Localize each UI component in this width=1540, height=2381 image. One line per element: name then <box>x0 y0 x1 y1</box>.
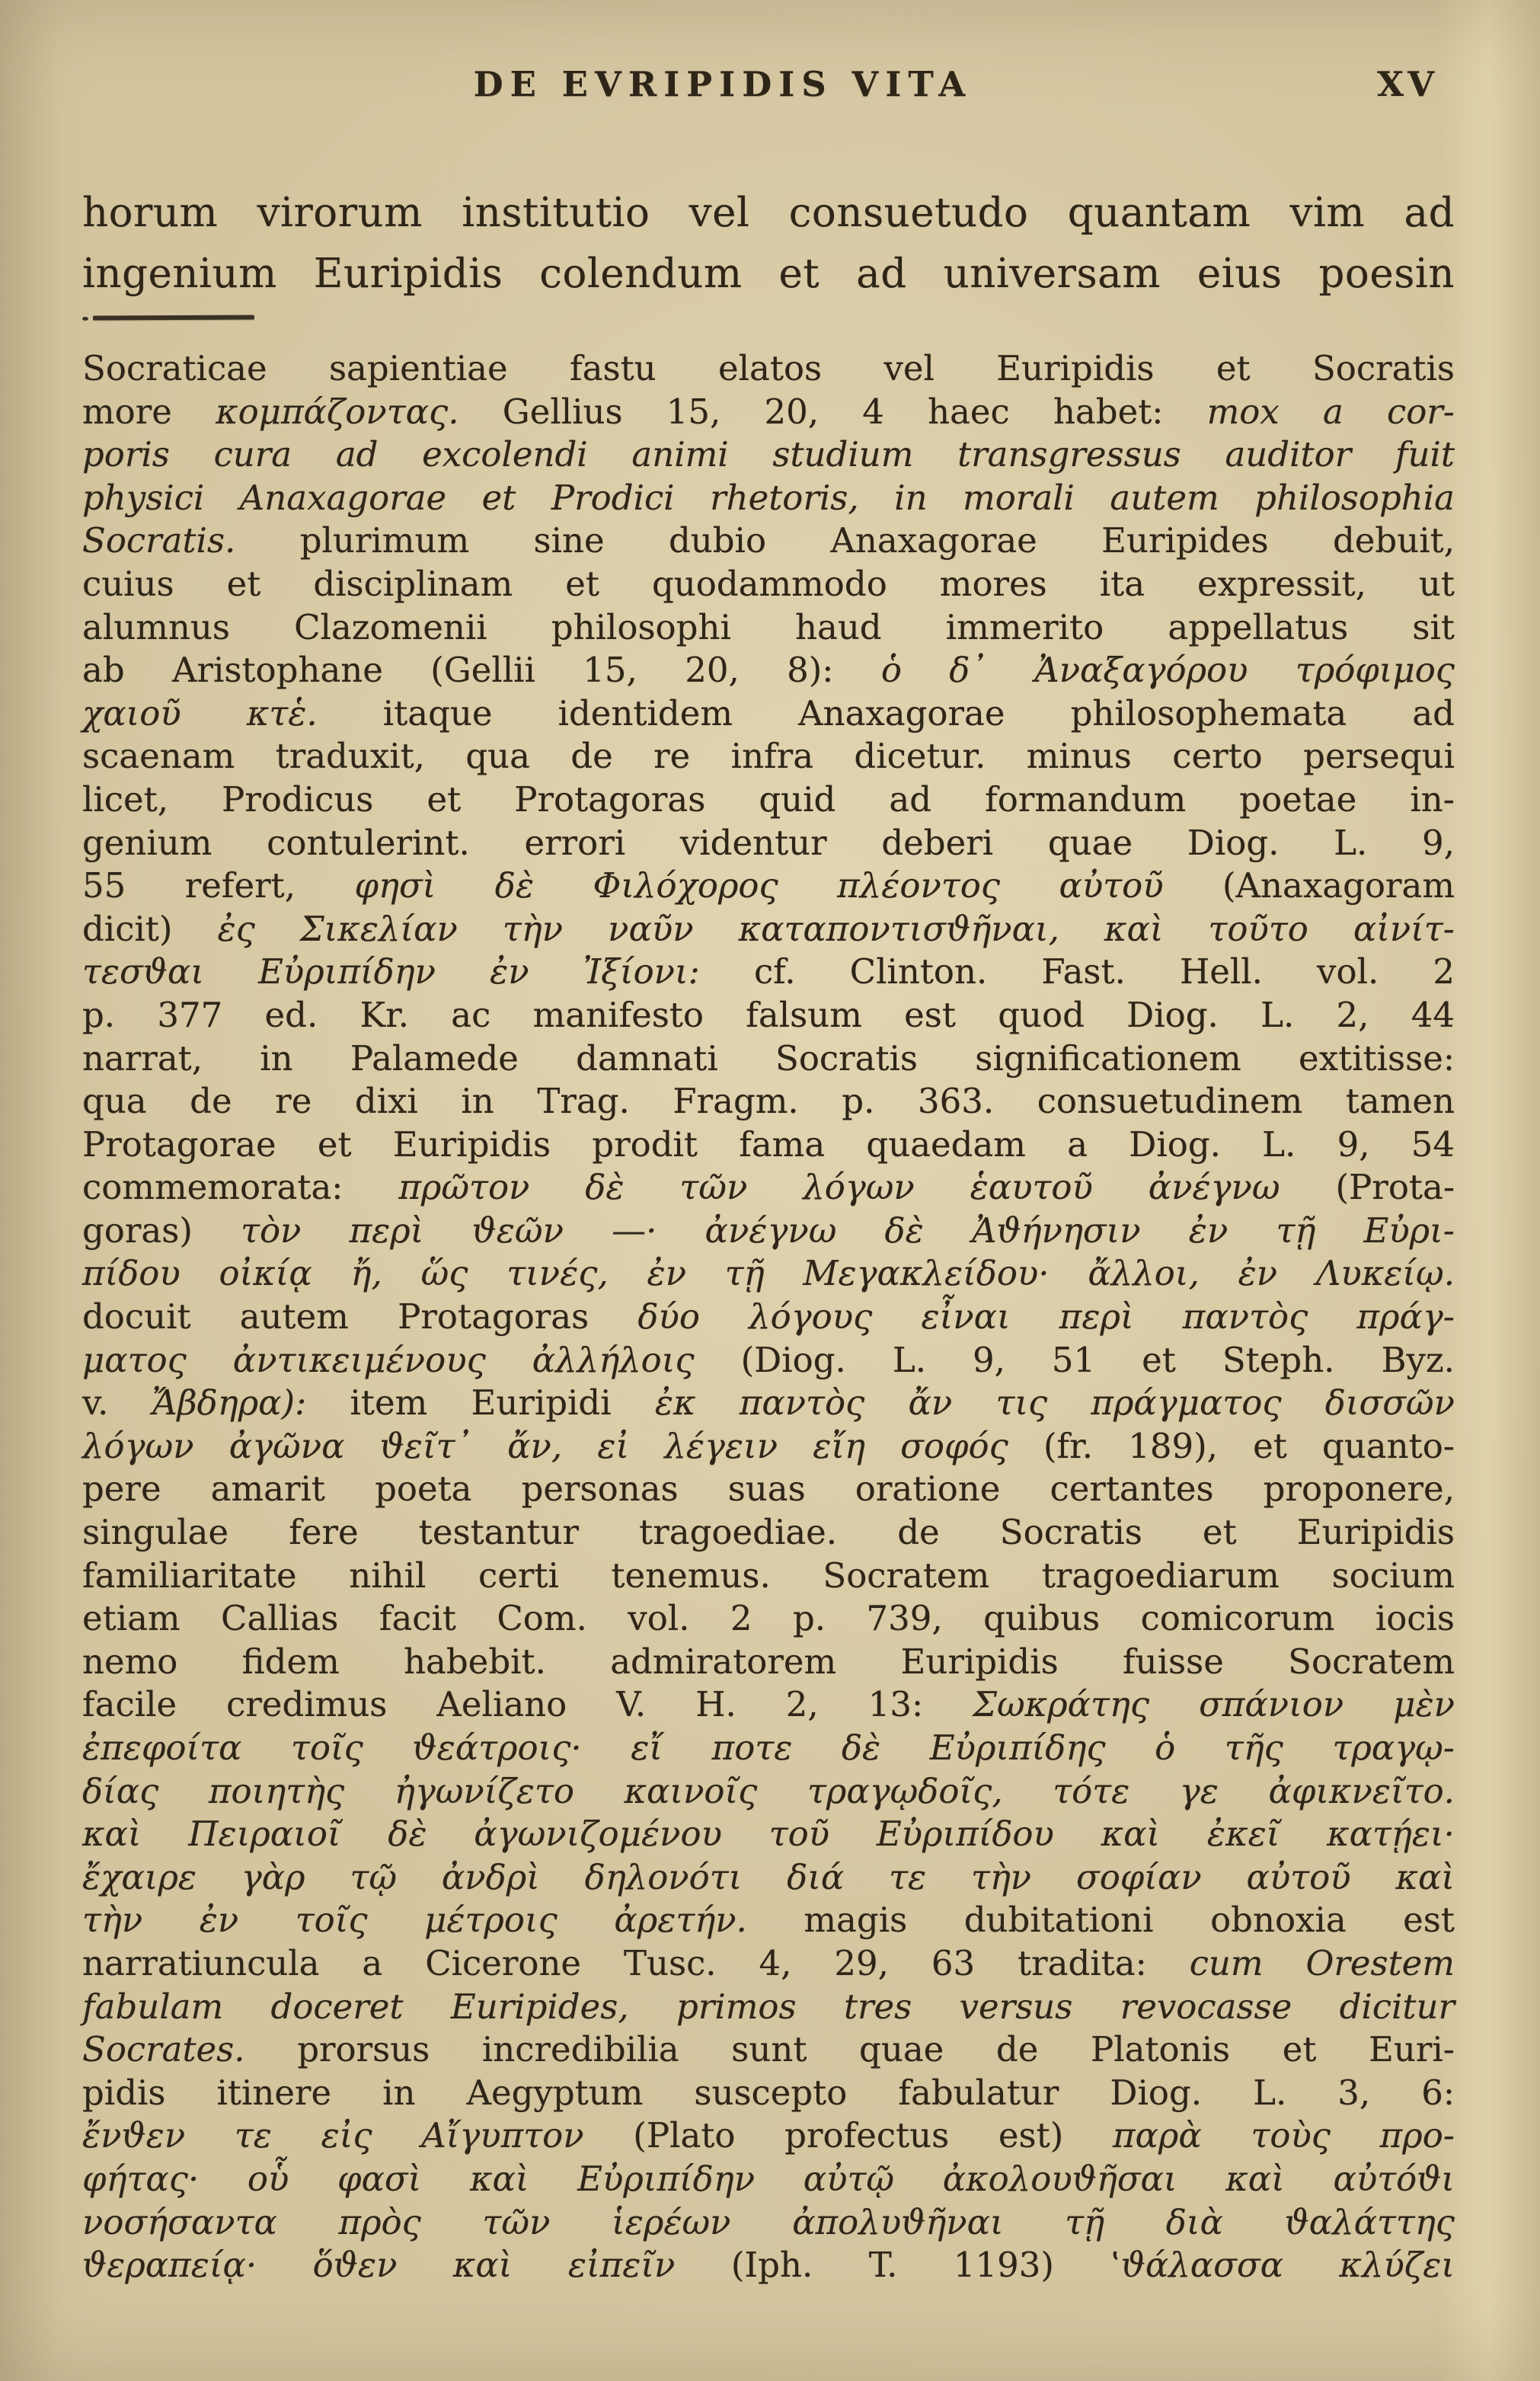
body-line: pere amarit poeta personas suas oratione… <box>82 1468 1455 1511</box>
body-line: p. 377 ed. Kr. ac manifesto falsum est q… <box>82 994 1455 1037</box>
body-line: ἐπεφοίτα τοῖς ϑεάτροις· εἴ ποτε δὲ Εὐριπ… <box>82 1727 1455 1770</box>
roman-text: alumnus Clazomenii philosophi haud immer… <box>82 607 1455 647</box>
roman-text: (Prota- <box>1280 1167 1455 1207</box>
roman-text: nemo fidem habebit. admiratorem Euripidi… <box>82 1641 1455 1682</box>
roman-text: commemorata: <box>82 1167 398 1207</box>
body-text: Socraticae sapientiae fastu elatos vel E… <box>82 347 1455 2287</box>
body-line: φήτας· οὗ φασὶ καὶ Εὐριπίδην αὐτῷ ἀκολου… <box>82 2158 1455 2201</box>
intro-line: ingenium Euripidis colendum et ad univer… <box>82 244 1455 305</box>
roman-text: pere amarit poeta personas suas oratione… <box>82 1469 1455 1509</box>
body-line: narratiuncula a Cicerone Tusc. 4, 29, 63… <box>82 1942 1455 1986</box>
roman-text: narrat, in Palamede damnati Socratis sig… <box>82 1038 1455 1079</box>
roman-text: (Iph. T. 1193) <box>675 2245 1110 2285</box>
roman-text: familiaritate nihil certi tenemus. Socra… <box>82 1555 1455 1596</box>
roman-text: etiam Callias facit Com. vol. 2 p. 739, … <box>82 1598 1455 1638</box>
roman-text: item Euripidi <box>306 1382 655 1423</box>
greek-text: Ἄβδηρα): <box>152 1382 307 1423</box>
roman-text: prorsus incredibilia sunt quae de Platon… <box>245 2029 1455 2069</box>
roman-text: more <box>82 392 216 432</box>
body-line: Socraticae sapientiae fastu elatos vel E… <box>82 347 1455 391</box>
roman-text: facile credimus Aeliano V. H. 2, 13: <box>82 1684 973 1724</box>
roman-text: cuius et disciplinam et quodammodo mores… <box>82 564 1455 604</box>
italic-text: poris cura ad excolendi animi studium tr… <box>82 434 1455 475</box>
greek-text: ἔχαιρε γὰρ τῷ ἀνδρὶ δηλονότι διά τε τὴν … <box>82 1857 1455 1897</box>
roman-text: licet, Prodicus et Protagoras quid ad fo… <box>82 779 1455 820</box>
body-line: πίδου οἰκίᾳ ἤ, ὥς τινές, ἐν τῇ Μεγακλείδ… <box>82 1252 1455 1296</box>
roman-text: goras) <box>82 1210 241 1251</box>
body-line: 55 refert, φησὶ δὲ Φιλόχορος πλέοντος αὐ… <box>82 865 1455 908</box>
roman-text: ab Aristophane (Gellii 15, 20, 8): <box>82 650 881 690</box>
greek-text: παρὰ τοὺς προ- <box>1113 2115 1455 2156</box>
roman-text: 55 refert, <box>82 865 354 906</box>
body-line: genium contulerint. errori videntur debe… <box>82 822 1455 865</box>
roman-text: (Plato profectus est) <box>584 2115 1113 2156</box>
italic-text: mox a cor- <box>1207 392 1455 432</box>
roman-text: Socraticae sapientiae fastu elatos vel E… <box>82 348 1455 388</box>
body-line: cuius et disciplinam et quodammodo mores… <box>82 563 1455 606</box>
body-line: alumnus Clazomenii philosophi haud immer… <box>82 606 1455 650</box>
body-line: Protagorae et Euripidis prodit fama quae… <box>82 1123 1455 1167</box>
body-line: fabulam doceret Euripides, primos tres v… <box>82 1986 1455 2029</box>
body-line: singulae fere testantur tragoediae. de S… <box>82 1511 1455 1555</box>
body-line: qua de re dixi in Trag. Fragm. p. 363. c… <box>82 1080 1455 1123</box>
body-line: goras) τὸν περὶ ϑεῶν —· ἀνέγνω δὲ Ἀϑήνησ… <box>82 1210 1455 1253</box>
body-line: v. Ἄβδηρα): item Euripidi ἐκ παντὸς ἄν τ… <box>82 1382 1455 1425</box>
body-line: τὴν ἐν τοῖς μέτροις ἀρετήν. magis dubita… <box>82 1899 1455 1942</box>
roman-text: v. <box>82 1382 152 1423</box>
body-line: narrat, in Palamede damnati Socratis sig… <box>82 1037 1455 1081</box>
roman-text: (Diog. L. 9, 51 et Steph. Byz. <box>695 1340 1455 1380</box>
body-line: ἔνϑεν τε εἰς Αἴγυπτον (Plato profectus e… <box>82 2114 1455 2158</box>
greek-text: ϑεραπείᾳ· ὅϑεν καὶ εἰπεῖν <box>82 2245 675 2285</box>
intro-line: horum virorum institutio vel consuetudo … <box>82 183 1455 244</box>
greek-text: ἐς Σικελίαν τὴν ναῦν καταποντισϑῆναι, κα… <box>217 909 1455 949</box>
body-line: familiaritate nihil certi tenemus. Socra… <box>82 1555 1455 1598</box>
greek-text: ἐπεφοίτα τοῖς ϑεάτροις· εἴ ποτε δὲ Εὐριπ… <box>82 1727 1455 1768</box>
italic-text: fabulam doceret Euripides, primos tres v… <box>82 1986 1455 2027</box>
running-head: DE EVRIPIDIS VITA XV <box>82 0 1455 111</box>
greek-text: τὴν ἐν τοῖς μέτροις ἀρετήν. <box>82 1900 747 1940</box>
greek-text: τεσϑαι Εὐριπίδην ἐν Ἰξίονι: <box>82 951 700 992</box>
italic-text: Socrates. <box>82 2029 245 2069</box>
intro-paragraph: horum virorum institutio vel consuetudo … <box>82 183 1455 305</box>
roman-text: (Anaxagoram <box>1164 865 1455 906</box>
body-line: καὶ Πειραιοῖ δὲ ἀγωνιζομένου τοῦ Εὐριπίδ… <box>82 1813 1455 1856</box>
roman-text: qua de re dixi in Trag. Fragm. p. 363. c… <box>82 1081 1455 1121</box>
greek-text: ἔνϑεν τε εἰς Αἴγυπτον <box>82 2115 584 2156</box>
italic-text: physici Anaxagorae et Prodici rhetoris, … <box>82 478 1455 518</box>
body-line: docuit autem Protagoras δύο λόγους εἶναι… <box>82 1296 1455 1339</box>
body-line: commemorata: πρῶτον δὲ τῶν λόγων ἑαυτοῦ … <box>82 1166 1455 1210</box>
body-line: pidis itinere in Aegyptum suscepto fabul… <box>82 2072 1455 2115</box>
divider-rule <box>93 315 254 321</box>
greek-text: ‛ϑάλασσα κλύζει <box>1110 2245 1455 2285</box>
roman-text: Gellius 15, 20, 4 haec habet: <box>459 392 1207 432</box>
body-line: etiam Callias facit Com. vol. 2 p. 739, … <box>82 1597 1455 1641</box>
body-line: λόγων ἀγῶνα ϑεῖτ᾽ ἄν, εἰ λέγειν εἴη σοφό… <box>82 1425 1455 1469</box>
body-line: Socrates. prorsus incredibilia sunt quae… <box>82 2028 1455 2072</box>
roman-text: cf. Clinton. Fast. Hell. vol. 2 <box>700 951 1455 992</box>
divider-dot-icon <box>82 317 88 321</box>
greek-text: καὶ Πειραιοῖ δὲ ἀγωνιζομένου τοῦ Εὐριπίδ… <box>82 1814 1455 1854</box>
greek-text: ὁ δ᾽ Ἀναξαγόρου τρόφιμος <box>881 650 1455 690</box>
roman-text: pidis itinere in Aegyptum suscepto fabul… <box>82 2073 1455 2113</box>
roman-text: plurimum sine dubio Anaxagorae Euripides… <box>235 520 1455 561</box>
greek-text: λόγων ἀγῶνα ϑεῖτ᾽ ἄν, εἰ λέγειν εἴη σοφό… <box>82 1426 1008 1466</box>
body-line: scaenam traduxit, qua de re infra dicetu… <box>82 735 1455 778</box>
body-line: χαιοῦ κτἑ. itaque identidem Anaxagorae p… <box>82 692 1455 736</box>
body-line: Socratis. plurimum sine dubio Anaxagorae… <box>82 519 1455 563</box>
greek-text: Σωκράτης σπάνιον μὲν <box>973 1684 1455 1724</box>
italic-text: Socratis. <box>82 520 235 561</box>
roman-text: narratiuncula a Cicerone Tusc. 4, 29, 63… <box>82 1943 1190 1983</box>
body-line: ματος ἀντικειμένους ἀλλήλοις (Diog. L. 9… <box>82 1339 1455 1382</box>
roman-text: p. 377 ed. Kr. ac manifesto falsum est q… <box>82 995 1455 1035</box>
greek-text: χαιοῦ κτἑ. <box>82 693 318 733</box>
body-line: ab Aristophane (Gellii 15, 20, 8): ὁ δ᾽ … <box>82 649 1455 692</box>
body-line: τεσϑαι Εὐριπίδην ἐν Ἰξίονι: cf. Clinton.… <box>82 951 1455 994</box>
greek-text: τὸν περὶ ϑεῶν —· ἀνέγνω δὲ Ἀϑήνησιν ἐν τ… <box>241 1210 1455 1251</box>
page-number: XV <box>1377 64 1438 104</box>
greek-text: δύο λόγους εἶναι περὶ παντὸς πράγ- <box>637 1296 1455 1337</box>
greek-text: πρῶτον δὲ τῶν λόγων ἑαυτοῦ ἀνέγνω <box>398 1167 1280 1207</box>
body-line: νοσήσαντα πρὸς τῶν ἱερέων ἀπολυϑῆναι τῇ … <box>82 2201 1455 2245</box>
body-line: nemo fidem habebit. admiratorem Euripidi… <box>82 1641 1455 1684</box>
italic-text: cum Orestem <box>1190 1943 1455 1983</box>
greek-text: φησὶ δὲ Φιλόχορος πλέοντος αὐτοῦ <box>354 865 1163 906</box>
body-line: ϑεραπείᾳ· ὅϑεν καὶ εἰπεῖν (Iph. T. 1193)… <box>82 2244 1455 2287</box>
body-line: facile credimus Aeliano V. H. 2, 13: Σωκ… <box>82 1683 1455 1727</box>
book-page: DE EVRIPIDIS VITA XV horum virorum insti… <box>0 0 1540 2381</box>
roman-text: itaque identidem Anaxagorae philosophema… <box>318 693 1455 733</box>
body-line: δίας ποιητὴς ἠγωνίζετο καινοῖς τραγῳδοῖς… <box>82 1770 1455 1814</box>
greek-text: ἐκ παντὸς ἄν τις πράγματος δισσῶν <box>655 1382 1455 1423</box>
body-line: physici Anaxagorae et Prodici rhetoris, … <box>82 477 1455 520</box>
roman-text: Protagorae et Euripidis prodit fama quae… <box>82 1124 1455 1165</box>
roman-text: dicit) <box>82 909 217 949</box>
greek-text: κομπάζοντας. <box>216 392 458 432</box>
roman-text: docuit autem Protagoras <box>82 1296 637 1337</box>
greek-text: δίας ποιητὴς ἠγωνίζετο καινοῖς τραγῳδοῖς… <box>82 1771 1455 1811</box>
greek-text: φήτας· οὗ φασὶ καὶ Εὐριπίδην αὐτῷ ἀκολου… <box>82 2159 1455 2199</box>
roman-text: magis dubitationi obnoxia est <box>747 1900 1455 1940</box>
roman-text: scaenam traduxit, qua de re infra dicetu… <box>82 736 1455 776</box>
text-block: DE EVRIPIDIS VITA XV horum virorum insti… <box>82 0 1455 2287</box>
greek-text: πίδου οἰκίᾳ ἤ, ὥς τινές, ἐν τῇ Μεγακλείδ… <box>82 1253 1455 1293</box>
body-line: more κομπάζοντας. Gellius 15, 20, 4 haec… <box>82 391 1455 434</box>
roman-text: (fr. 189), et quanto- <box>1008 1426 1455 1466</box>
greek-text: ματος ἀντικειμένους ἀλλήλοις <box>82 1340 695 1380</box>
body-line: ἔχαιρε γὰρ τῷ ἀνδρὶ δηλονότι διά τε τὴν … <box>82 1856 1455 1900</box>
section-divider <box>82 315 265 321</box>
body-line: dicit) ἐς Σικελίαν τὴν ναῦν καταποντισϑῆ… <box>82 908 1455 951</box>
body-line: poris cura ad excolendi animi studium tr… <box>82 433 1455 477</box>
roman-text: genium contulerint. errori videntur debe… <box>82 823 1455 863</box>
roman-text: singulae fere testantur tragoediae. de S… <box>82 1512 1455 1552</box>
page-title: DE EVRIPIDIS VITA <box>82 64 1455 104</box>
body-line: licet, Prodicus et Protagoras quid ad fo… <box>82 778 1455 822</box>
greek-text: νοσήσαντα πρὸς τῶν ἱερέων ἀπολυϑῆναι τῇ … <box>82 2202 1455 2242</box>
